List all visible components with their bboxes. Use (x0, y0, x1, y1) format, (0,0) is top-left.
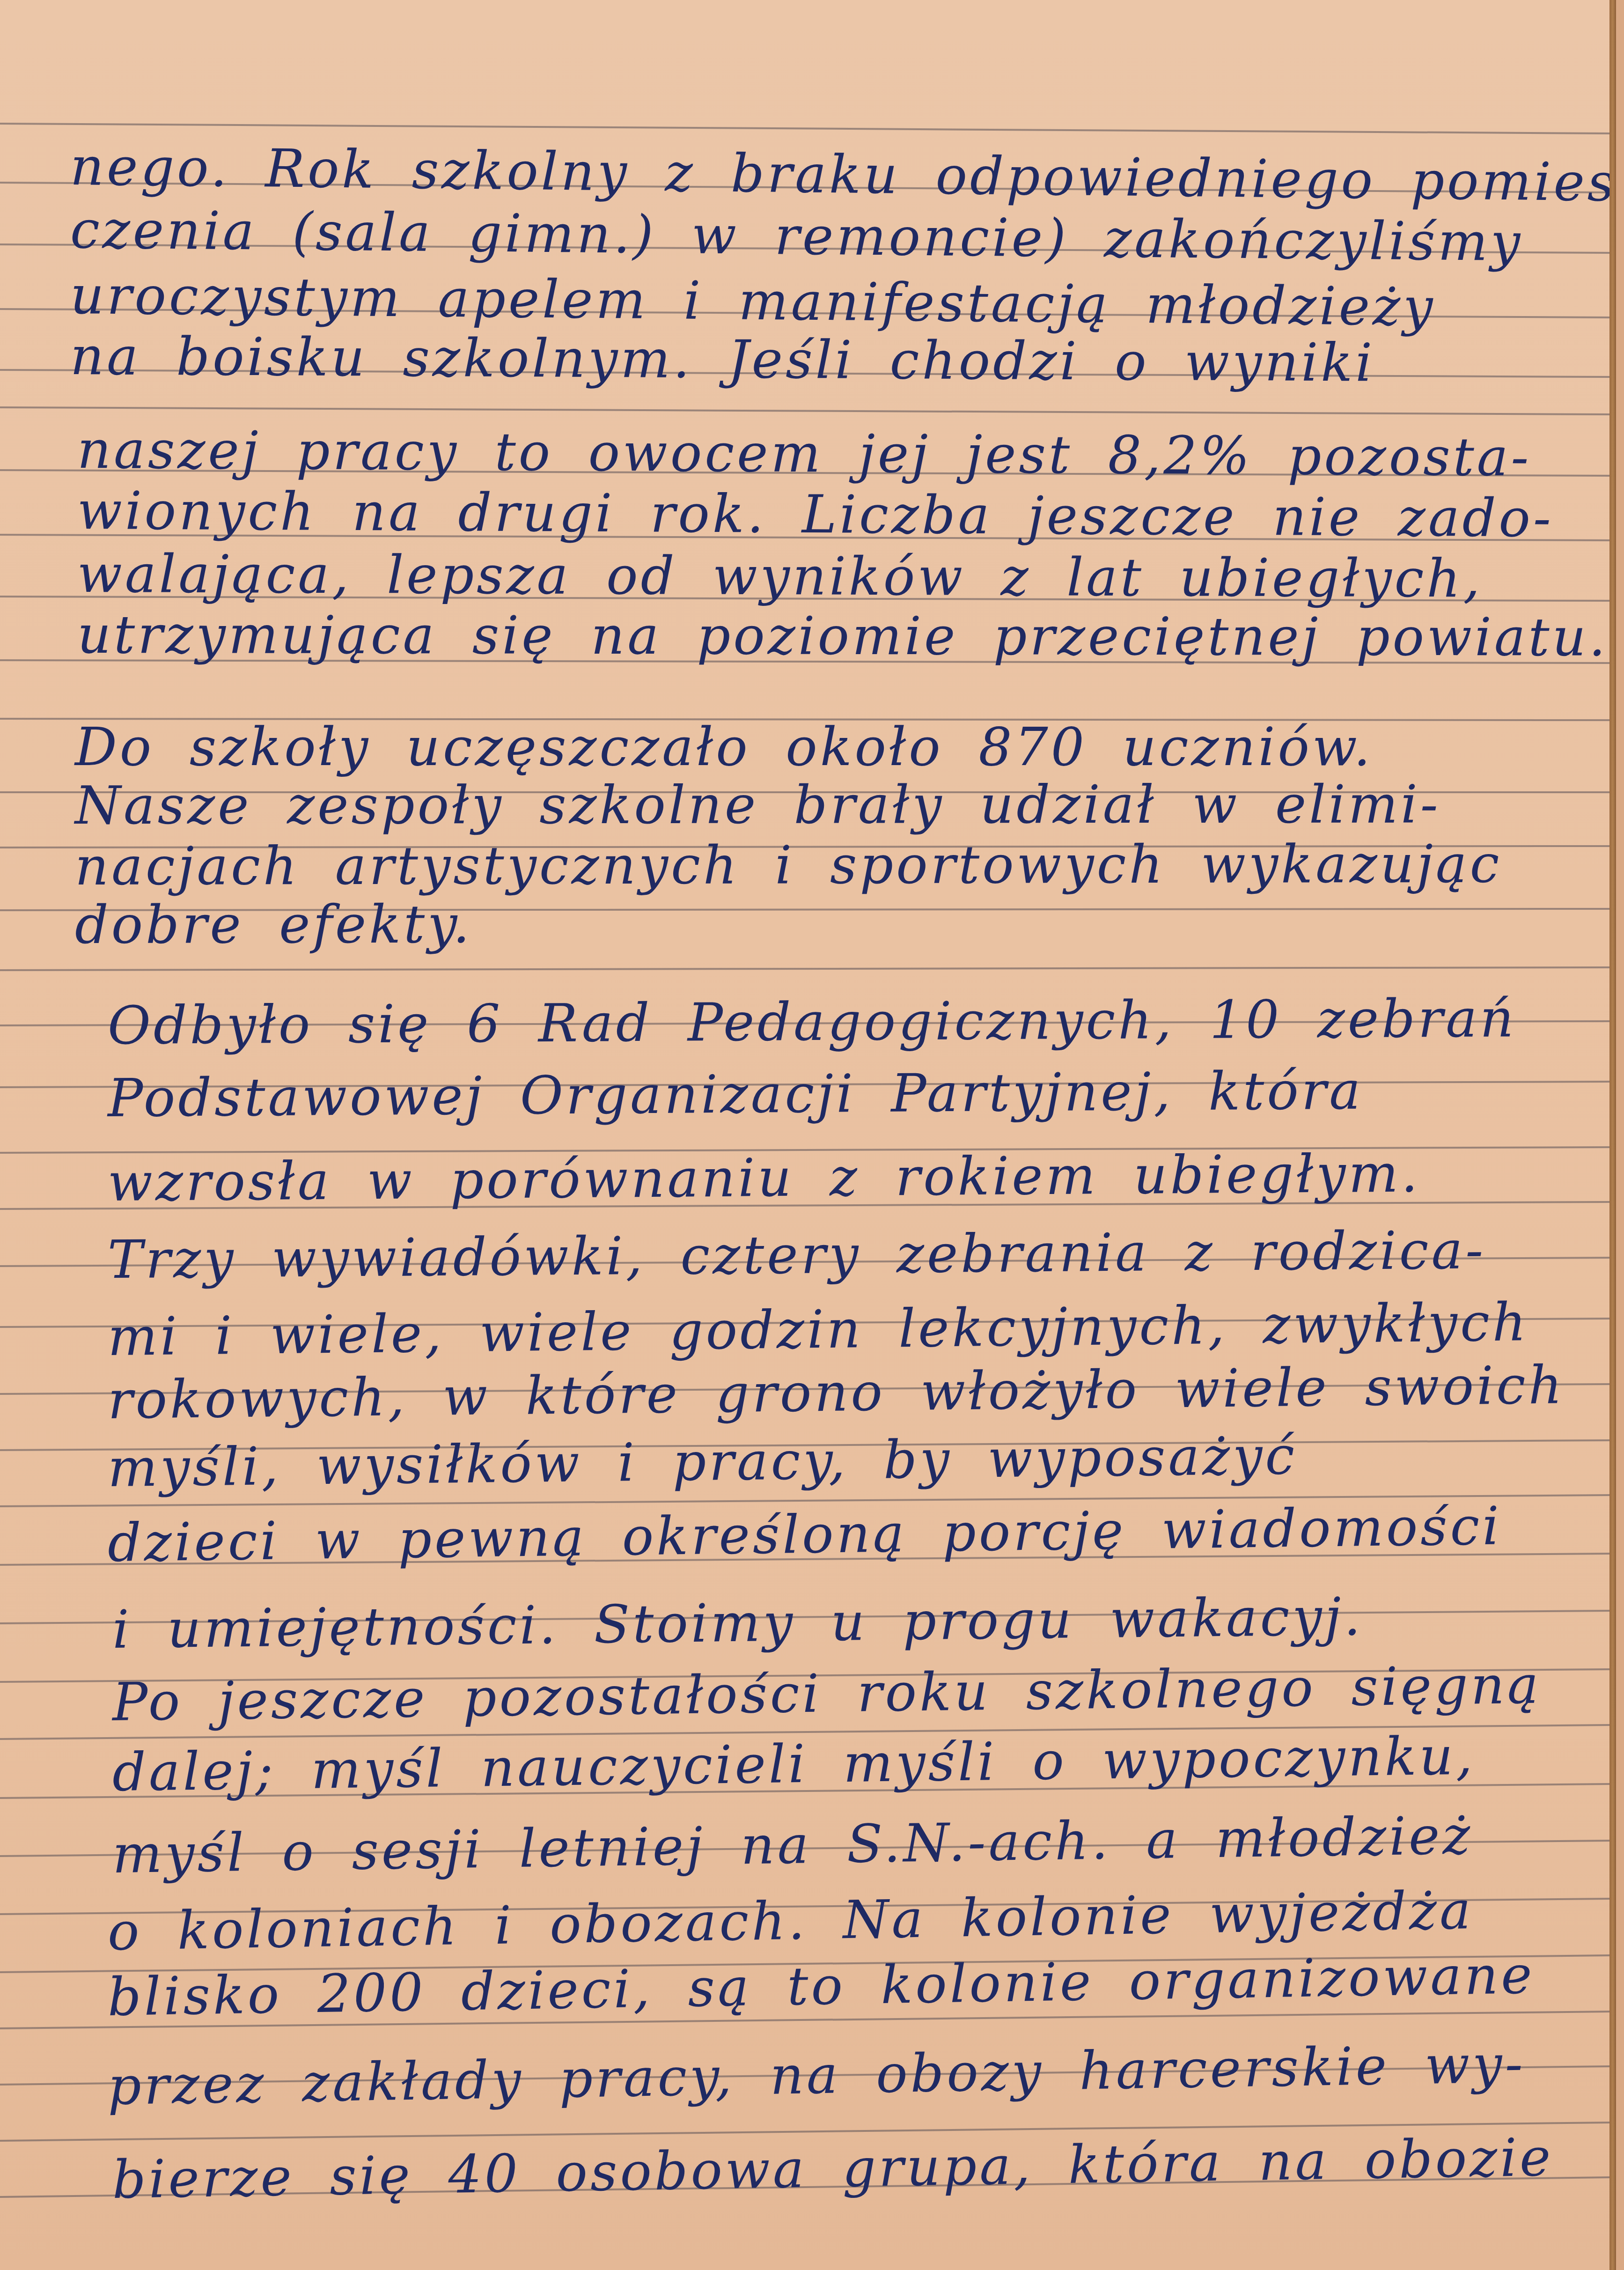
handwritten-line: dobre efekty. (75, 899, 472, 951)
handwritten-line: rokowych, w które grono włożyło wiele sw… (107, 1359, 1565, 1427)
next-page-strip (1616, 0, 1624, 2270)
handwritten-line: bierze się 40 osobowa grupa, która na ob… (112, 2131, 1554, 2206)
handwritten-line: uroczystym apelem i manifestacją młodzie… (70, 269, 1436, 333)
handwritten-line: wionych na drugi rok. Liczba jeszcze nie… (77, 485, 1554, 545)
handwritten-line: Odbyło się 6 Rad Pedagogicznych, 10 zebr… (108, 992, 1517, 1052)
ruled-line (0, 966, 1610, 971)
handwritten-line: myśli, wysiłków i pracy, by wyposażyć (107, 1430, 1297, 1495)
handwritten-line: czenia (sala gimn.) w remoncie) zakończy… (70, 204, 1523, 269)
handwritten-line: blisko 200 dzieci, są to kolonie organiz… (107, 1949, 1535, 2024)
handwritten-line: walająca, lepsza od wyników z lat ubiegł… (77, 548, 1483, 605)
handwritten-line: na boisku szkolnym. Jeśli chodzi o wynik… (70, 330, 1375, 390)
handwritten-line: i umiejętności. Stoimy u progu wakacyj. (112, 1591, 1363, 1656)
page-edge (1609, 0, 1616, 2270)
handwritten-line: naszej pracy to owocem jej jest 8,2% poz… (77, 424, 1532, 484)
ruled-line (0, 406, 1610, 415)
handwritten-line: Nasze zespoły szkolne brały udział w eli… (75, 778, 1441, 832)
handwritten-line: utrzymująca się na poziomie przeciętnej … (77, 609, 1609, 664)
handwritten-line: Podstawowej Organizacji Partyjnej, która (108, 1065, 1364, 1125)
handwritten-line: dzieci w pewną określoną porcję wiadomoś… (107, 1500, 1502, 1570)
notebook-page: nego. Rok szkolny z braku odpowiedniego … (0, 0, 1610, 2270)
handwritten-line: mi i wiele, wiele godzin lekcyjnych, zwy… (107, 1296, 1529, 1363)
handwritten-line: nacjach artystycznych i sportowych wykaz… (75, 838, 1502, 893)
handwritten-line: Trzy wywiadówki, cztery zebrania z rodzi… (108, 1224, 1486, 1286)
handwritten-line: Po jeszcze pozostałości roku szkolnego s… (112, 1659, 1542, 1729)
handwritten-line: nego. Rok szkolny z braku odpowiedniego … (70, 140, 1610, 210)
handwritten-line: o koloniach i obozach. Na kolonie wyjeżd… (107, 1884, 1474, 1958)
handwritten-line: wzrosła w porównaniu z rokiem ubiegłym. (108, 1147, 1421, 1209)
handwritten-line: przez zakłady pracy, na obozy harcerskie… (107, 2038, 1526, 2113)
handwritten-line: dalej; myśl nauczycieli myśli o wypoczyn… (112, 1730, 1476, 1799)
handwritten-line: myśl o sesji letniej na S.N.-ach. a młod… (112, 1809, 1473, 1881)
handwritten-line: Do szkoły uczęszczało około 870 uczniów. (75, 721, 1373, 774)
ruled-line (0, 123, 1610, 134)
